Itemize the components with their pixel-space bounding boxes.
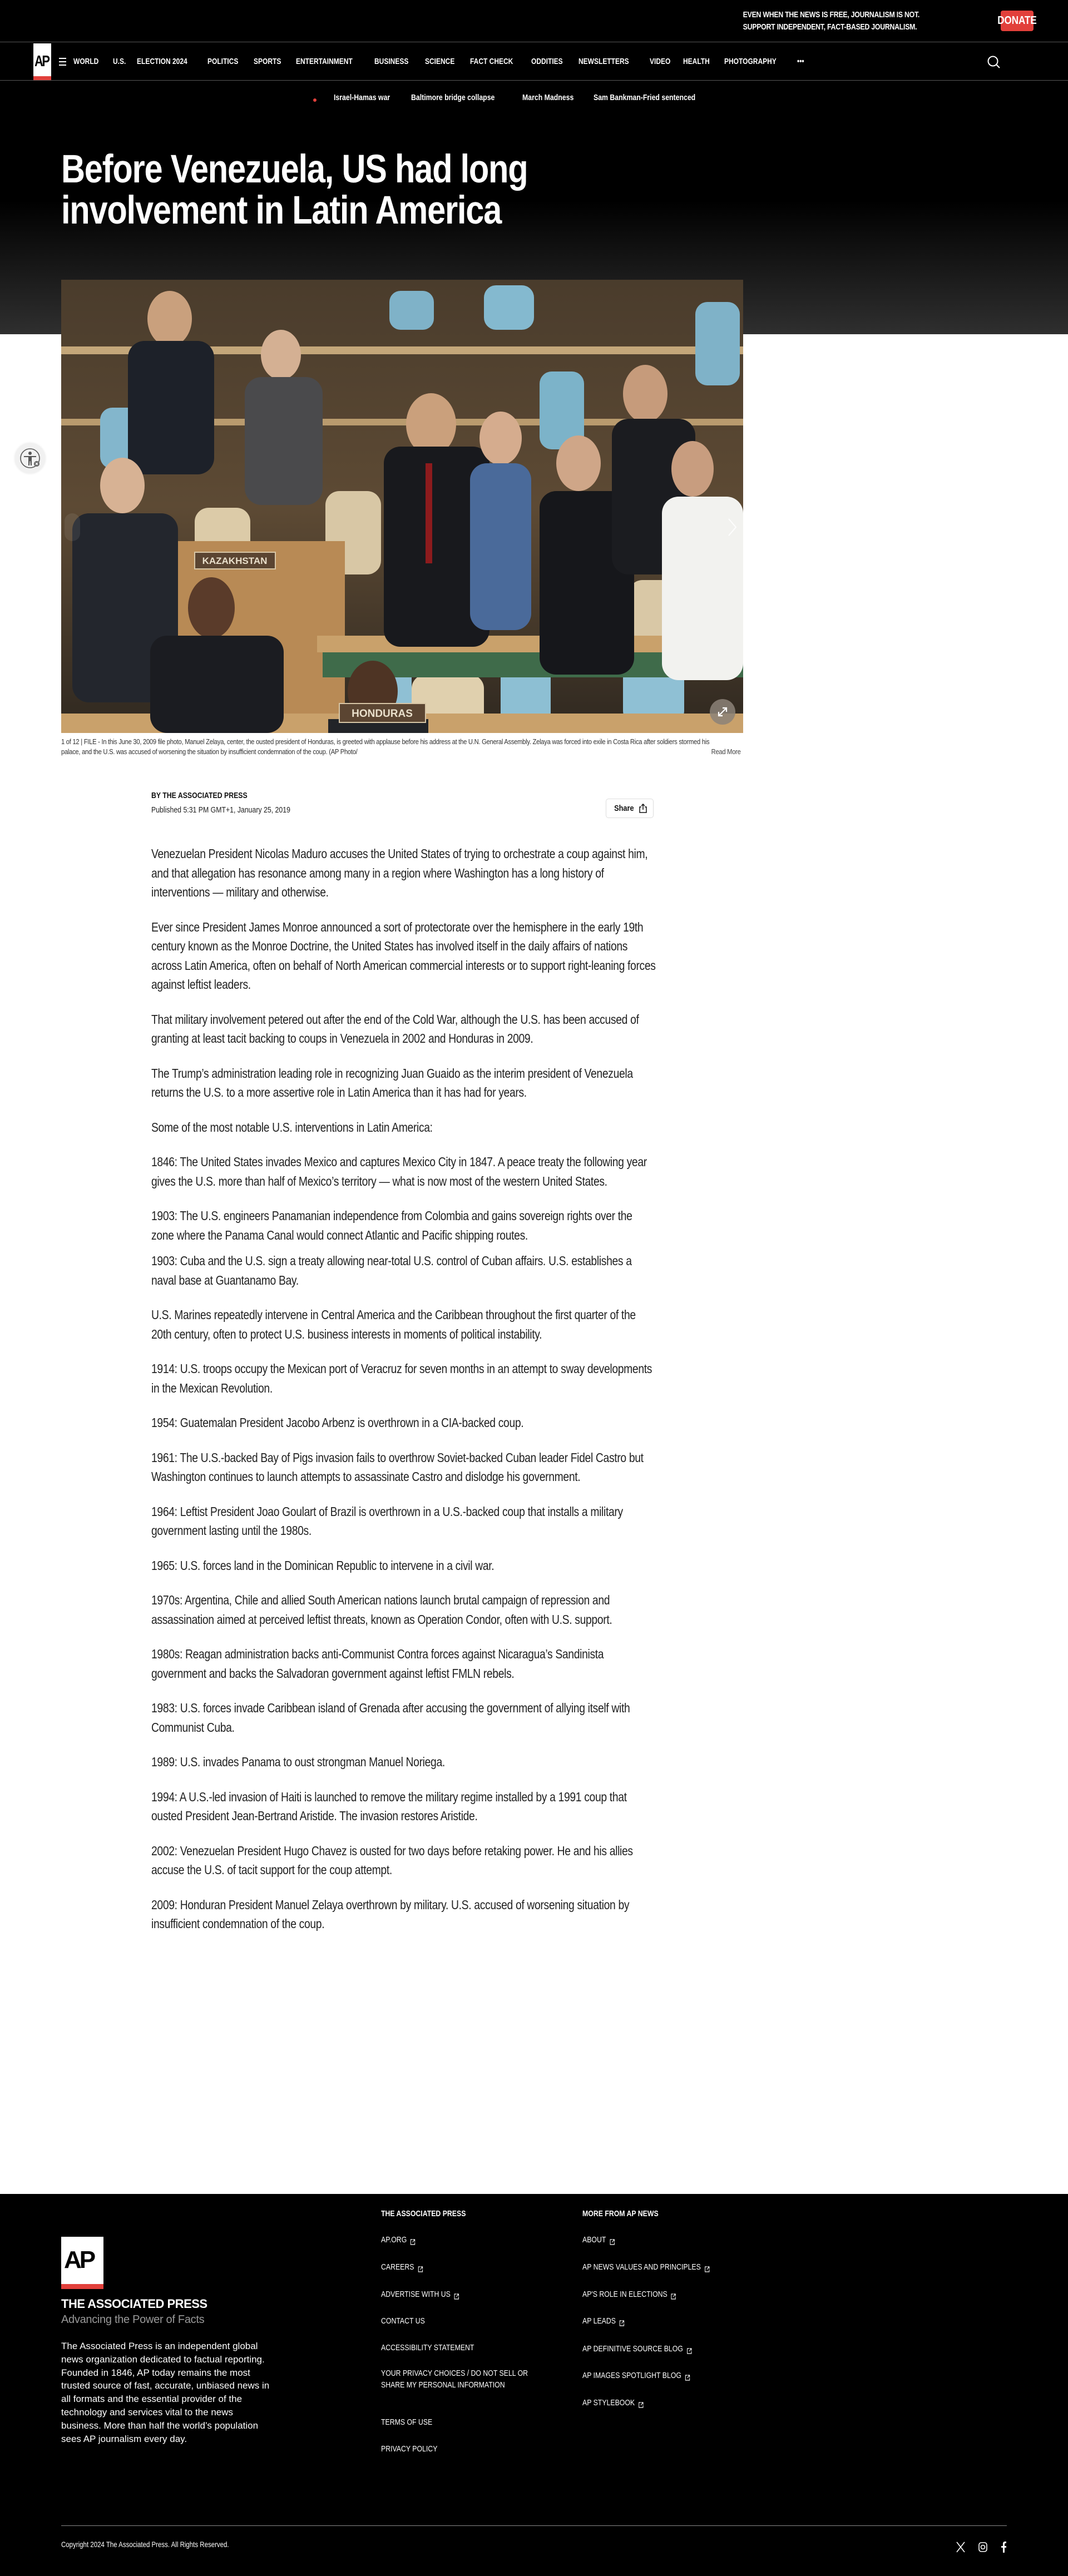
article-paragraph: 1980s: Reagan administration backs anti-… (151, 1644, 656, 1683)
external-link-icon (610, 2237, 615, 2243)
site-footer: AP THE ASSOCIATED PRESS Advancing the Po… (0, 2194, 1068, 2576)
footer-col-heading: THE ASSOCIATED PRESS (381, 2209, 466, 2218)
ap-logo[interactable]: AP (33, 43, 51, 80)
external-link-icon (411, 2237, 416, 2243)
external-link-icon (685, 2372, 690, 2379)
nav-entertainment[interactable]: ENTERTAINMENT (296, 57, 353, 66)
article-paragraph: 1965: U.S. forces land in the Dominican … (151, 1556, 656, 1576)
trending-link[interactable]: Sam Bankman-Fried sentenced (594, 93, 695, 102)
trending-link[interactable]: Israel-Hamas war (334, 93, 390, 102)
share-button[interactable]: Share (606, 799, 654, 818)
footer-link-advertise[interactable]: ADVERTISE WITH US (381, 2288, 459, 2300)
footer-tagline: Advancing the Power of Facts (61, 2314, 204, 2326)
trending-bar: Israel-Hamas war Baltimore bridge collap… (0, 81, 1068, 118)
footer-link-images-spotlight-blog[interactable]: AP IMAGES SPOTLIGHT BLOG (582, 2370, 690, 2381)
nav-health[interactable]: HEALTH (683, 57, 710, 66)
lead-photo-carousel[interactable]: KAZAKHSTAN HONDURAS (61, 280, 743, 733)
nameplate-kazakhstan: KAZAKHSTAN (202, 556, 268, 566)
main-nav: AP WORLD U.S. ELECTION 2024 POLITICS SPO… (0, 42, 1068, 81)
article-paragraph: 1964: Leftist President Joao Goulart of … (151, 1502, 656, 1540)
more-menu-icon[interactable]: ••• (797, 57, 804, 66)
footer-link-ap-leads[interactable]: AP LEADS (582, 2315, 625, 2327)
external-link-icon (686, 2346, 691, 2352)
article-paragraph: 1989: U.S. invades Panama to oust strong… (151, 1752, 656, 1772)
footer-link-accessibility-statement[interactable]: ACCESSIBILITY STATEMENT (381, 2342, 474, 2354)
external-link-icon (704, 2264, 709, 2270)
article-paragraph: 1914: U.S. troops occupy the Mexican por… (151, 1359, 656, 1398)
article-paragraph: 1983: U.S. forces invade Caribbean islan… (151, 1698, 656, 1737)
x-icon[interactable] (956, 2542, 966, 2555)
byline-block: BY THE ASSOCIATED PRESS Published 5:31 P… (151, 791, 654, 815)
read-more-link[interactable]: Read More (709, 747, 741, 757)
nav-links: WORLD U.S. ELECTION 2024 POLITICS SPORTS… (73, 42, 814, 80)
article-paragraph: 1970s: Argentina, Chile and allied South… (151, 1591, 656, 1629)
byline: BY THE ASSOCIATED PRESS (151, 791, 248, 800)
footer-org-name: THE ASSOCIATED PRESS (61, 2297, 207, 2311)
instagram-icon[interactable] (978, 2542, 988, 2555)
article-paragraph: Ever since President James Monroe announ… (151, 918, 656, 994)
nav-fact-check[interactable]: FACT CHECK (470, 57, 513, 66)
carousel-next-button[interactable] (724, 513, 740, 541)
footer-about-text: The Associated Press is an independent g… (61, 2340, 273, 2445)
article-paragraph: U.S. Marines repeatedly intervene in Cen… (151, 1305, 656, 1344)
accessibility-icon (19, 447, 41, 469)
footer-divider (61, 2525, 1007, 2526)
nav-election-2024[interactable]: ELECTION 2024 (137, 57, 187, 66)
share-icon (639, 804, 647, 813)
footer-link-role-in-elections[interactable]: AP'S ROLE IN ELECTIONS (582, 2288, 676, 2300)
expand-photo-button[interactable] (710, 699, 735, 725)
external-link-icon (418, 2264, 423, 2270)
nameplate-honduras: HONDURAS (352, 708, 413, 720)
article-paragraph: 2002: Venezuelan President Hugo Chavez i… (151, 1841, 656, 1880)
footer-ap-logo[interactable]: AP (61, 2237, 103, 2289)
nav-business[interactable]: BUSINESS (374, 57, 408, 66)
nav-oddities[interactable]: ODDITIES (531, 57, 563, 66)
nav-us[interactable]: U.S. (113, 57, 126, 66)
search-icon[interactable] (987, 55, 1001, 72)
article-paragraph: The Trump’s administration leading role … (151, 1064, 656, 1102)
hamburger-icon[interactable] (59, 58, 66, 66)
article-paragraph: Some of the most notable U.S. interventi… (151, 1118, 656, 1137)
article-paragraph: 2009: Honduran President Manuel Zelaya o… (151, 1895, 656, 1934)
promo-line-1: EVEN WHEN THE NEWS IS FREE, JOURNALISM I… (743, 9, 919, 21)
trending-link[interactable]: Baltimore bridge collapse (411, 93, 495, 102)
donate-promo: EVEN WHEN THE NEWS IS FREE, JOURNALISM I… (743, 9, 919, 33)
article-paragraph: 1961: The U.S.-backed Bay of Pigs invasi… (151, 1448, 656, 1487)
trending-dot-icon (313, 98, 317, 102)
nav-politics[interactable]: POLITICS (207, 57, 238, 66)
caption-text: 1 of 12 | FILE - In this June 30, 2009 f… (61, 737, 726, 757)
share-label: Share (614, 804, 634, 813)
accessibility-button[interactable] (15, 443, 45, 473)
footer-link-privacy-policy[interactable]: PRIVACY POLICY (381, 2443, 437, 2455)
copyright-text: Copyright 2024 The Associated Press. All… (61, 2540, 229, 2549)
footer-link-news-values[interactable]: AP NEWS VALUES AND PRINCIPLES (582, 2261, 709, 2273)
published-timestamp: Published 5:31 PM GMT+1, January 25, 201… (151, 805, 563, 815)
article-paragraph: 1903: The U.S. engineers Panamanian inde… (151, 1206, 656, 1245)
footer-link-privacy-choices[interactable]: YOUR PRIVACY CHOICES / DO NOT SELL ORSHA… (381, 2367, 528, 2391)
social-links (956, 2542, 1007, 2555)
logo-red-bar (33, 76, 51, 80)
external-link-icon (620, 2318, 625, 2324)
article-paragraph: Venezuelan President Nicolas Maduro accu… (151, 844, 656, 902)
trending-link[interactable]: March Madness (522, 93, 573, 102)
article-paragraph: 1903: Cuba and the U.S. sign a treaty al… (151, 1251, 656, 1290)
logo-text: AP (34, 52, 49, 70)
donate-button[interactable]: DONATE (1001, 11, 1034, 31)
footer-link-contact-us[interactable]: CONTACT US (381, 2315, 425, 2327)
article-body: Venezuelan President Nicolas Maduro accu… (151, 844, 663, 1949)
footer-logo-text: AP (64, 2246, 93, 2274)
nav-sports[interactable]: SPORTS (254, 57, 281, 66)
footer-link-about[interactable]: ABOUT (582, 2234, 615, 2246)
promo-line-2: SUPPORT INDEPENDENT, FACT-BASED JOURNALI… (743, 21, 919, 33)
footer-link-careers[interactable]: CAREERS (381, 2261, 423, 2273)
article-headline: Before Venezuela, US had long involvemen… (61, 149, 575, 231)
photo-caption: 1 of 12 | FILE - In this June 30, 2009 f… (61, 737, 743, 757)
caption-fade (667, 747, 706, 757)
footer-logo-red-bar (61, 2284, 103, 2289)
nav-newsletters[interactable]: NEWSLETTERS (578, 57, 629, 66)
external-link-icon (454, 2291, 459, 2297)
nav-video[interactable]: VIDEO (650, 57, 670, 66)
article-paragraph: 1846: The United States invades Mexico a… (151, 1152, 656, 1191)
footer-link-terms-of-use[interactable]: TERMS OF USE (381, 2416, 432, 2428)
nav-photography[interactable]: PHOTOGRAPHY (724, 57, 777, 66)
footer-link-definitive-source-blog[interactable]: AP DEFINITIVE SOURCE BLOG (582, 2343, 691, 2355)
external-link-icon (671, 2291, 676, 2297)
article-paragraph: 1954: Guatemalan President Jacobo Arbenz… (151, 1413, 656, 1433)
external-link-icon (639, 2400, 644, 2406)
carousel-prev-button[interactable] (65, 513, 80, 541)
donate-banner: EVEN WHEN THE NEWS IS FREE, JOURNALISM I… (0, 0, 1068, 42)
footer-link-ap-org[interactable]: AP.ORG (381, 2234, 416, 2246)
footer-link-stylebook[interactable]: AP STYLEBOOK (582, 2397, 644, 2409)
nav-world[interactable]: WORLD (73, 57, 98, 66)
nav-science[interactable]: SCIENCE (425, 57, 454, 66)
facebook-icon[interactable] (1000, 2542, 1007, 2555)
donate-label: DONATE (997, 14, 1037, 27)
article-paragraph: That military involvement petered out af… (151, 1010, 656, 1048)
expand-icon (716, 706, 729, 718)
lead-photo: KAZAKHSTAN HONDURAS (61, 280, 743, 733)
footer-col-heading: MORE FROM AP NEWS (582, 2209, 659, 2218)
article-paragraph: 1994: A U.S.-led invasion of Haiti is la… (151, 1787, 656, 1826)
